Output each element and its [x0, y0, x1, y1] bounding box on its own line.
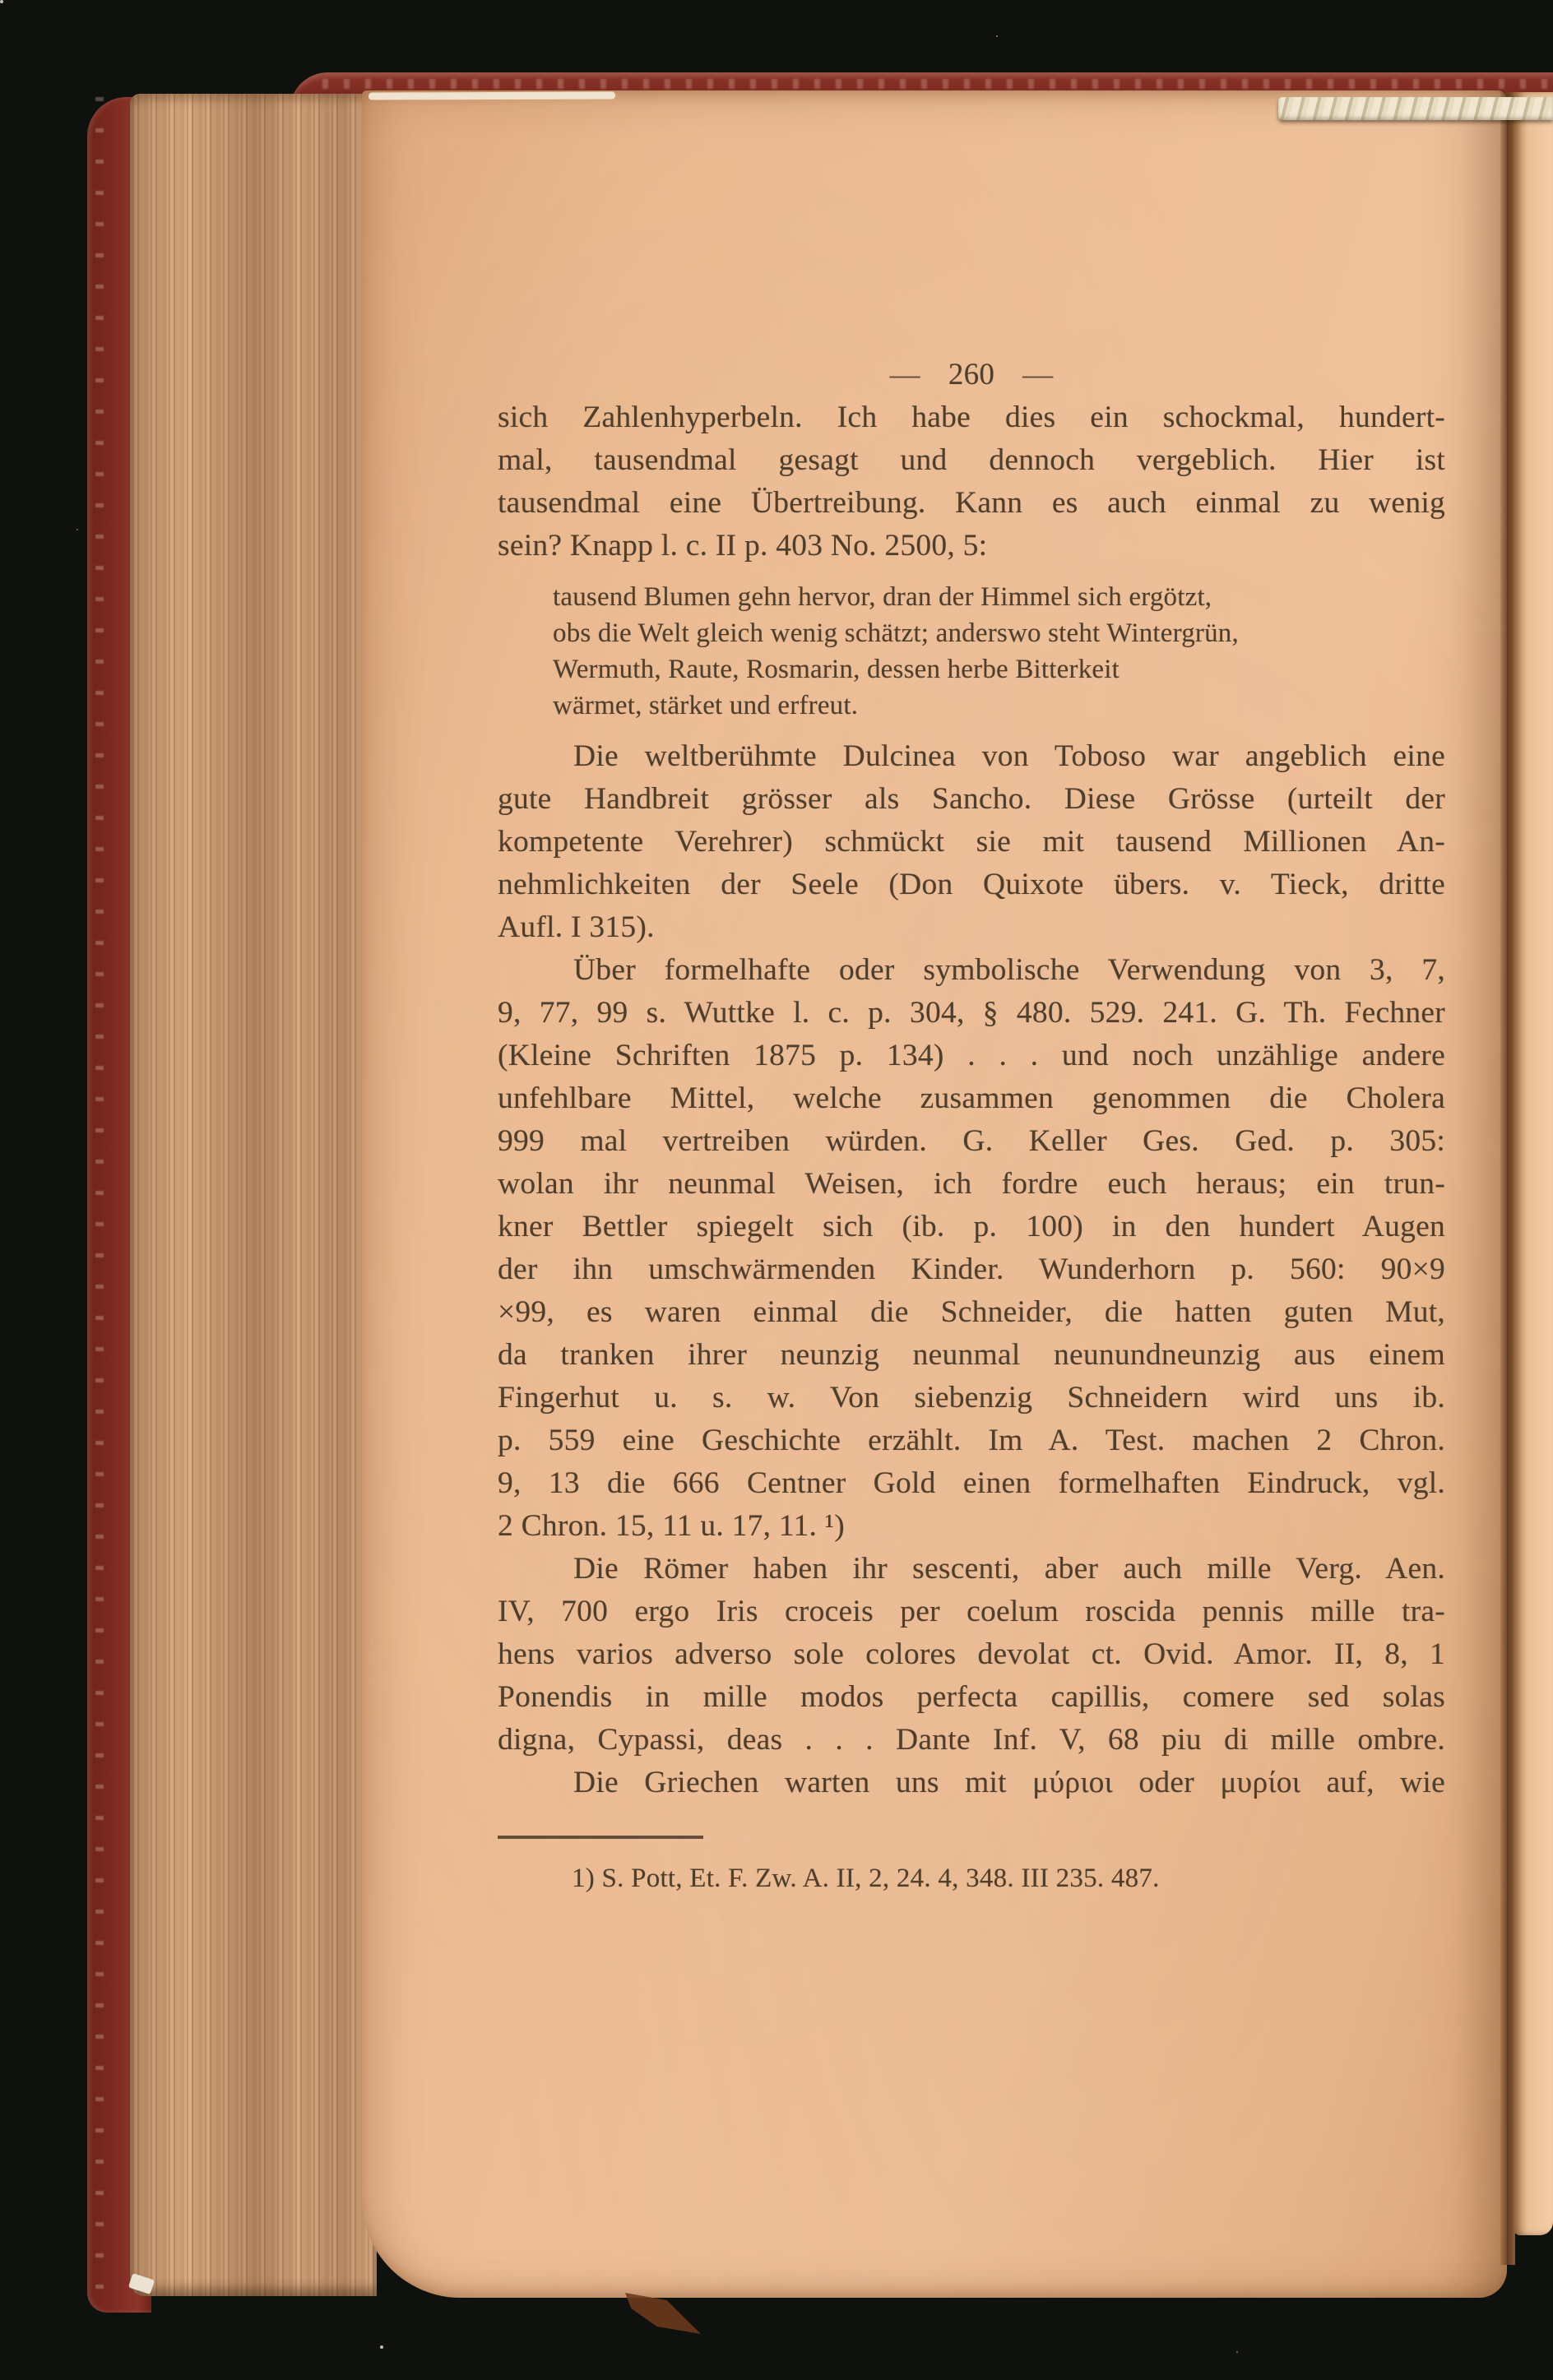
page-number: 260 [948, 358, 994, 391]
text-line: der ihn umschwärmenden Kinder. Wunderhor… [498, 1248, 1445, 1291]
text-line: Wermuth, Raute, Rosmarin, dessen herbe B… [553, 651, 1445, 688]
para-4: Die Römer haben ihr sescenti, aber auch … [498, 1548, 1445, 1762]
para-3: Über formelhafte oder symbolische Verwen… [498, 949, 1445, 1548]
paragraphs-container: sich Zahlenhyperbeln. Ich habe dies ein … [498, 396, 1445, 1804]
text-line: IV, 700 ergo Iris croceis per coelum ros… [498, 1591, 1445, 1633]
para-5: Die Griechen warten uns mit μύριοι oder … [498, 1762, 1445, 1804]
text-line: Die Römer haben ihr sescenti, aber auch … [498, 1548, 1445, 1591]
text-line: ×99, es waren einmal die Schneider, die … [498, 1291, 1445, 1334]
para-2: Die weltberühmte Dulcinea von Toboso war… [498, 735, 1445, 949]
text-line: 2 Chron. 15, 11 u. 17, 11. ¹) [498, 1505, 1445, 1548]
text-line: hens varios adverso sole colores devolat… [498, 1633, 1445, 1676]
text-block: —260— sich Zahlenhyperbeln. Ich habe die… [498, 354, 1445, 1896]
text-line: 9, 77, 99 s. Wuttke l. c. p. 304, § 480.… [498, 992, 1445, 1035]
text-line: sich Zahlenhyperbeln. Ich habe dies ein … [498, 396, 1445, 439]
footnote-text: 1) S. Pott, Et. F. Zw. A. II, 2, 24. 4, … [498, 1860, 1445, 1896]
footnote-rule [498, 1836, 703, 1839]
text-line: nehmlichkeiten der Seele (Don Quixote üb… [498, 864, 1445, 906]
text-line: unfehlbare Mittel, welche zusammen genom… [498, 1077, 1445, 1120]
text-line: tausendmal eine Übertreibung. Kann es au… [498, 482, 1445, 525]
torn-cover-bit [625, 2293, 701, 2334]
verse-quote: tausend Blumen gehn hervor, dran der Him… [498, 579, 1445, 724]
text-line: obs die Welt gleich wenig schätzt; ander… [553, 615, 1445, 651]
text-line: wolan ihr neunmal Weisen, ich fordre euc… [498, 1163, 1445, 1206]
text-line: Über formelhafte oder symbolische Verwen… [498, 949, 1445, 992]
page-edge-stack [130, 94, 377, 2296]
text-line: (Kleine Schriften 1875 p. 134) . . . und… [498, 1035, 1445, 1077]
dust-specks [0, 0, 3, 3]
page-top-edge-highlight [369, 91, 615, 100]
text-line: Fingerhut u. s. w. Von siebenzig Schneid… [498, 1377, 1445, 1419]
text-line: 999 mal vertreiben würden. G. Keller Ges… [498, 1120, 1445, 1163]
text-line: Die Griechen warten uns mit μύριοι oder … [498, 1762, 1445, 1804]
text-line: 9, 13 die 666 Centner Gold einen formelh… [498, 1462, 1445, 1505]
headband [1278, 97, 1553, 120]
page-number-line: —260— [498, 354, 1445, 396]
text-line: kompetente Verehrer) schmückt sie mit ta… [498, 821, 1445, 864]
text-line: wärmet, stärket und erfreut. [553, 688, 1445, 724]
text-line: da tranken ihrer neunzig neunmal neunund… [498, 1334, 1445, 1377]
facing-page-sliver [1514, 92, 1553, 2235]
text-line: p. 559 eine Geschichte erzählt. Im A. Te… [498, 1419, 1445, 1462]
text-line: gute Handbreit grösser als Sancho. Diese… [498, 778, 1445, 821]
text-line: kner Bettler spiegelt sich (ib. p. 100) … [498, 1206, 1445, 1248]
text-line: Aufl. I 315). [498, 906, 1445, 949]
page-number-dash-left: — [890, 354, 920, 396]
text-line: mal, tausendmal gesagt und dennoch verge… [498, 439, 1445, 482]
text-line: sein? Knapp l. c. II p. 403 No. 2500, 5: [498, 525, 1445, 567]
text-line: digna, Cypassi, deas . . . Dante Inf. V,… [498, 1719, 1445, 1762]
scanned-book-photo: —260— sich Zahlenhyperbeln. Ich habe die… [0, 0, 1553, 2380]
text-line: tausend Blumen gehn hervor, dran der Him… [553, 579, 1445, 615]
page-number-dash-right: — [1022, 354, 1053, 396]
text-line: Die weltberühmte Dulcinea von Toboso war… [498, 735, 1445, 778]
para-1: sich Zahlenhyperbeln. Ich habe dies ein … [498, 396, 1445, 567]
text-line: Ponendis in mille modos perfecta capilli… [498, 1676, 1445, 1719]
